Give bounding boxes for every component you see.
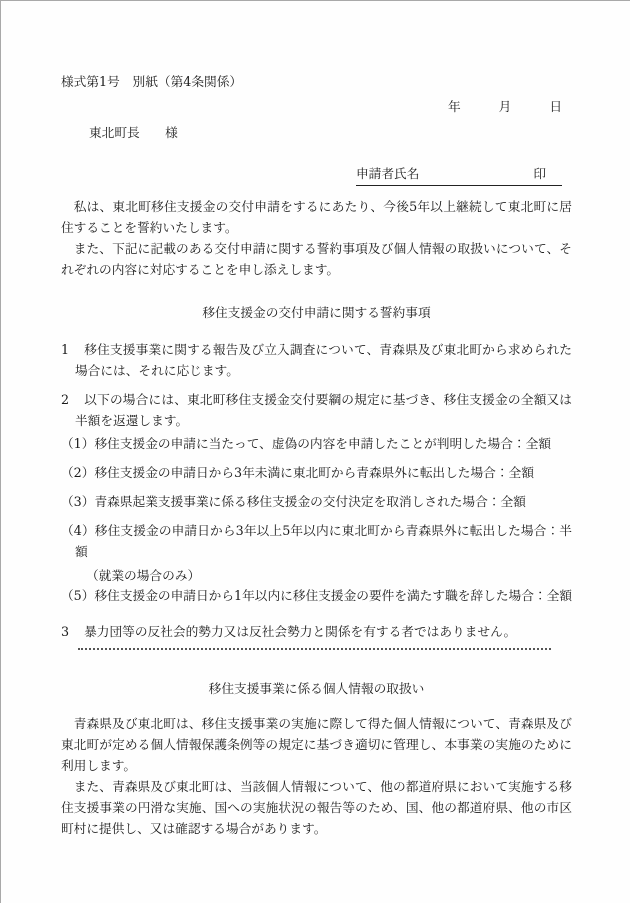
addressee: 東北町長 様: [61, 122, 572, 143]
item-text: 移住支援事業に関する報告及び立入調査について、青森県及び東北町から求められた場合…: [75, 342, 572, 378]
pledge-item-1: 1移住支援事業に関する報告及び立入調査について、青森県及び東北町から求められた場…: [61, 339, 572, 381]
privacy-heading: 移住支援事業に係る個人情報の取扱い: [61, 678, 572, 699]
item-number: 1: [61, 342, 69, 357]
item-text: 以下の場合には、東北町移住支援金交付要綱の規定に基づき、移住支援金の全額又は半額…: [75, 392, 572, 428]
month-label: 月: [499, 96, 512, 117]
pledge-subitem-5: （5）移住支援金の申請日から1年以内に移住支援金の要件を満たす職を辞した場合：全…: [61, 585, 572, 606]
applicant-name-field: 申請者氏名 印: [356, 163, 562, 186]
subitem-text: 青森県起業支援事業に係る移住支援金の交付決定を取消しされた場合：全額: [94, 494, 525, 509]
subitem-text: 移住支援金の申請日から1年以内に移住支援金の要件を満たす職を辞した場合：全額: [94, 588, 572, 603]
intro-paragraph-1: 私は、東北町移住支援金の交付申請をするにあたり、今後5年以上継続して東北町に居住…: [61, 196, 572, 238]
document-page: 様式第1号 別紙（第4条関係） 年 月 日 東北町長 様 申請者氏名 印 私は、…: [0, 0, 630, 903]
privacy-section: 青森県及び東北町は、移住支援事業の実施に際して得た個人情報について、青森県及び東…: [61, 713, 572, 839]
subitem-text: 移住支援金の申請日から3年未満に東北町から青森県外に転出した場合：全額: [94, 465, 533, 480]
form-number-label: 様式第1号 別紙（第4条関係）: [61, 71, 572, 92]
seal-label: 印: [533, 163, 546, 184]
pledge-subitem-1: （1）移住支援金の申請に当たって、虚偽の内容を申請したことが判明した場合：全額: [61, 433, 572, 454]
subitem-number: （1）: [61, 436, 94, 451]
item-number: 3: [61, 624, 69, 639]
subitem-text: 移住支援金の申請日から3年以上5年以内に東北町から青森県外に転出した場合：半額: [75, 523, 572, 559]
intro-paragraph-2: また、下記に記載のある交付申請に関する誓約事項及び個人情報の取扱いについて、それ…: [61, 238, 572, 280]
day-label: 日: [549, 96, 562, 117]
date-line: 年 月 日: [61, 96, 572, 117]
pledge-subitem-4: （4）移住支援金の申請日から3年以上5年以内に東北町から青森県外に転出した場合：…: [61, 520, 572, 562]
applicant-name-label: 申請者氏名: [356, 163, 419, 184]
subitem-number: （5）: [61, 588, 94, 603]
pledge-subitem-2: （2）移住支援金の申請日から3年未満に東北町から青森県外に転出した場合：全額: [61, 462, 572, 483]
privacy-paragraph-1: 青森県及び東北町は、移住支援事業の実施に際して得た個人情報について、青森県及び東…: [61, 713, 572, 776]
item-text: 暴力団等の反社会的勢力又は反社会勢力と関係を有する者ではありません。: [84, 624, 516, 639]
subitem-number: （2）: [61, 465, 94, 480]
subitem-number: （4）: [61, 523, 95, 538]
employment-only-note: （就業の場合のみ）: [61, 567, 572, 585]
pledge-subitem-3: （3）青森県起業支援事業に係る移住支援金の交付決定を取消しされた場合：全額: [61, 491, 572, 512]
subitem-number: （3）: [61, 494, 94, 509]
pledge-item-3: 3暴力団等の反社会的勢力又は反社会勢力と関係を有する者ではありません。: [61, 621, 572, 642]
subitem-text: 移住支援金の申請に当たって、虚偽の内容を申請したことが判明した場合：全額: [94, 436, 551, 451]
pledge-heading: 移住支援金の交付申請に関する誓約事項: [61, 302, 572, 323]
intro-section: 私は、東北町移住支援金の交付申請をするにあたり、今後5年以上継続して東北町に居住…: [61, 196, 572, 280]
privacy-paragraph-2: また、青森県及び東北町は、当該個人情報について、他の都道府県において実施する移住…: [61, 776, 572, 839]
year-label: 年: [448, 96, 461, 117]
pledge-item-2: 2以下の場合には、東北町移住支援金交付要綱の規定に基づき、移住支援金の全額又は半…: [61, 389, 572, 431]
dotted-divider: [78, 648, 551, 650]
item-number: 2: [61, 392, 69, 407]
